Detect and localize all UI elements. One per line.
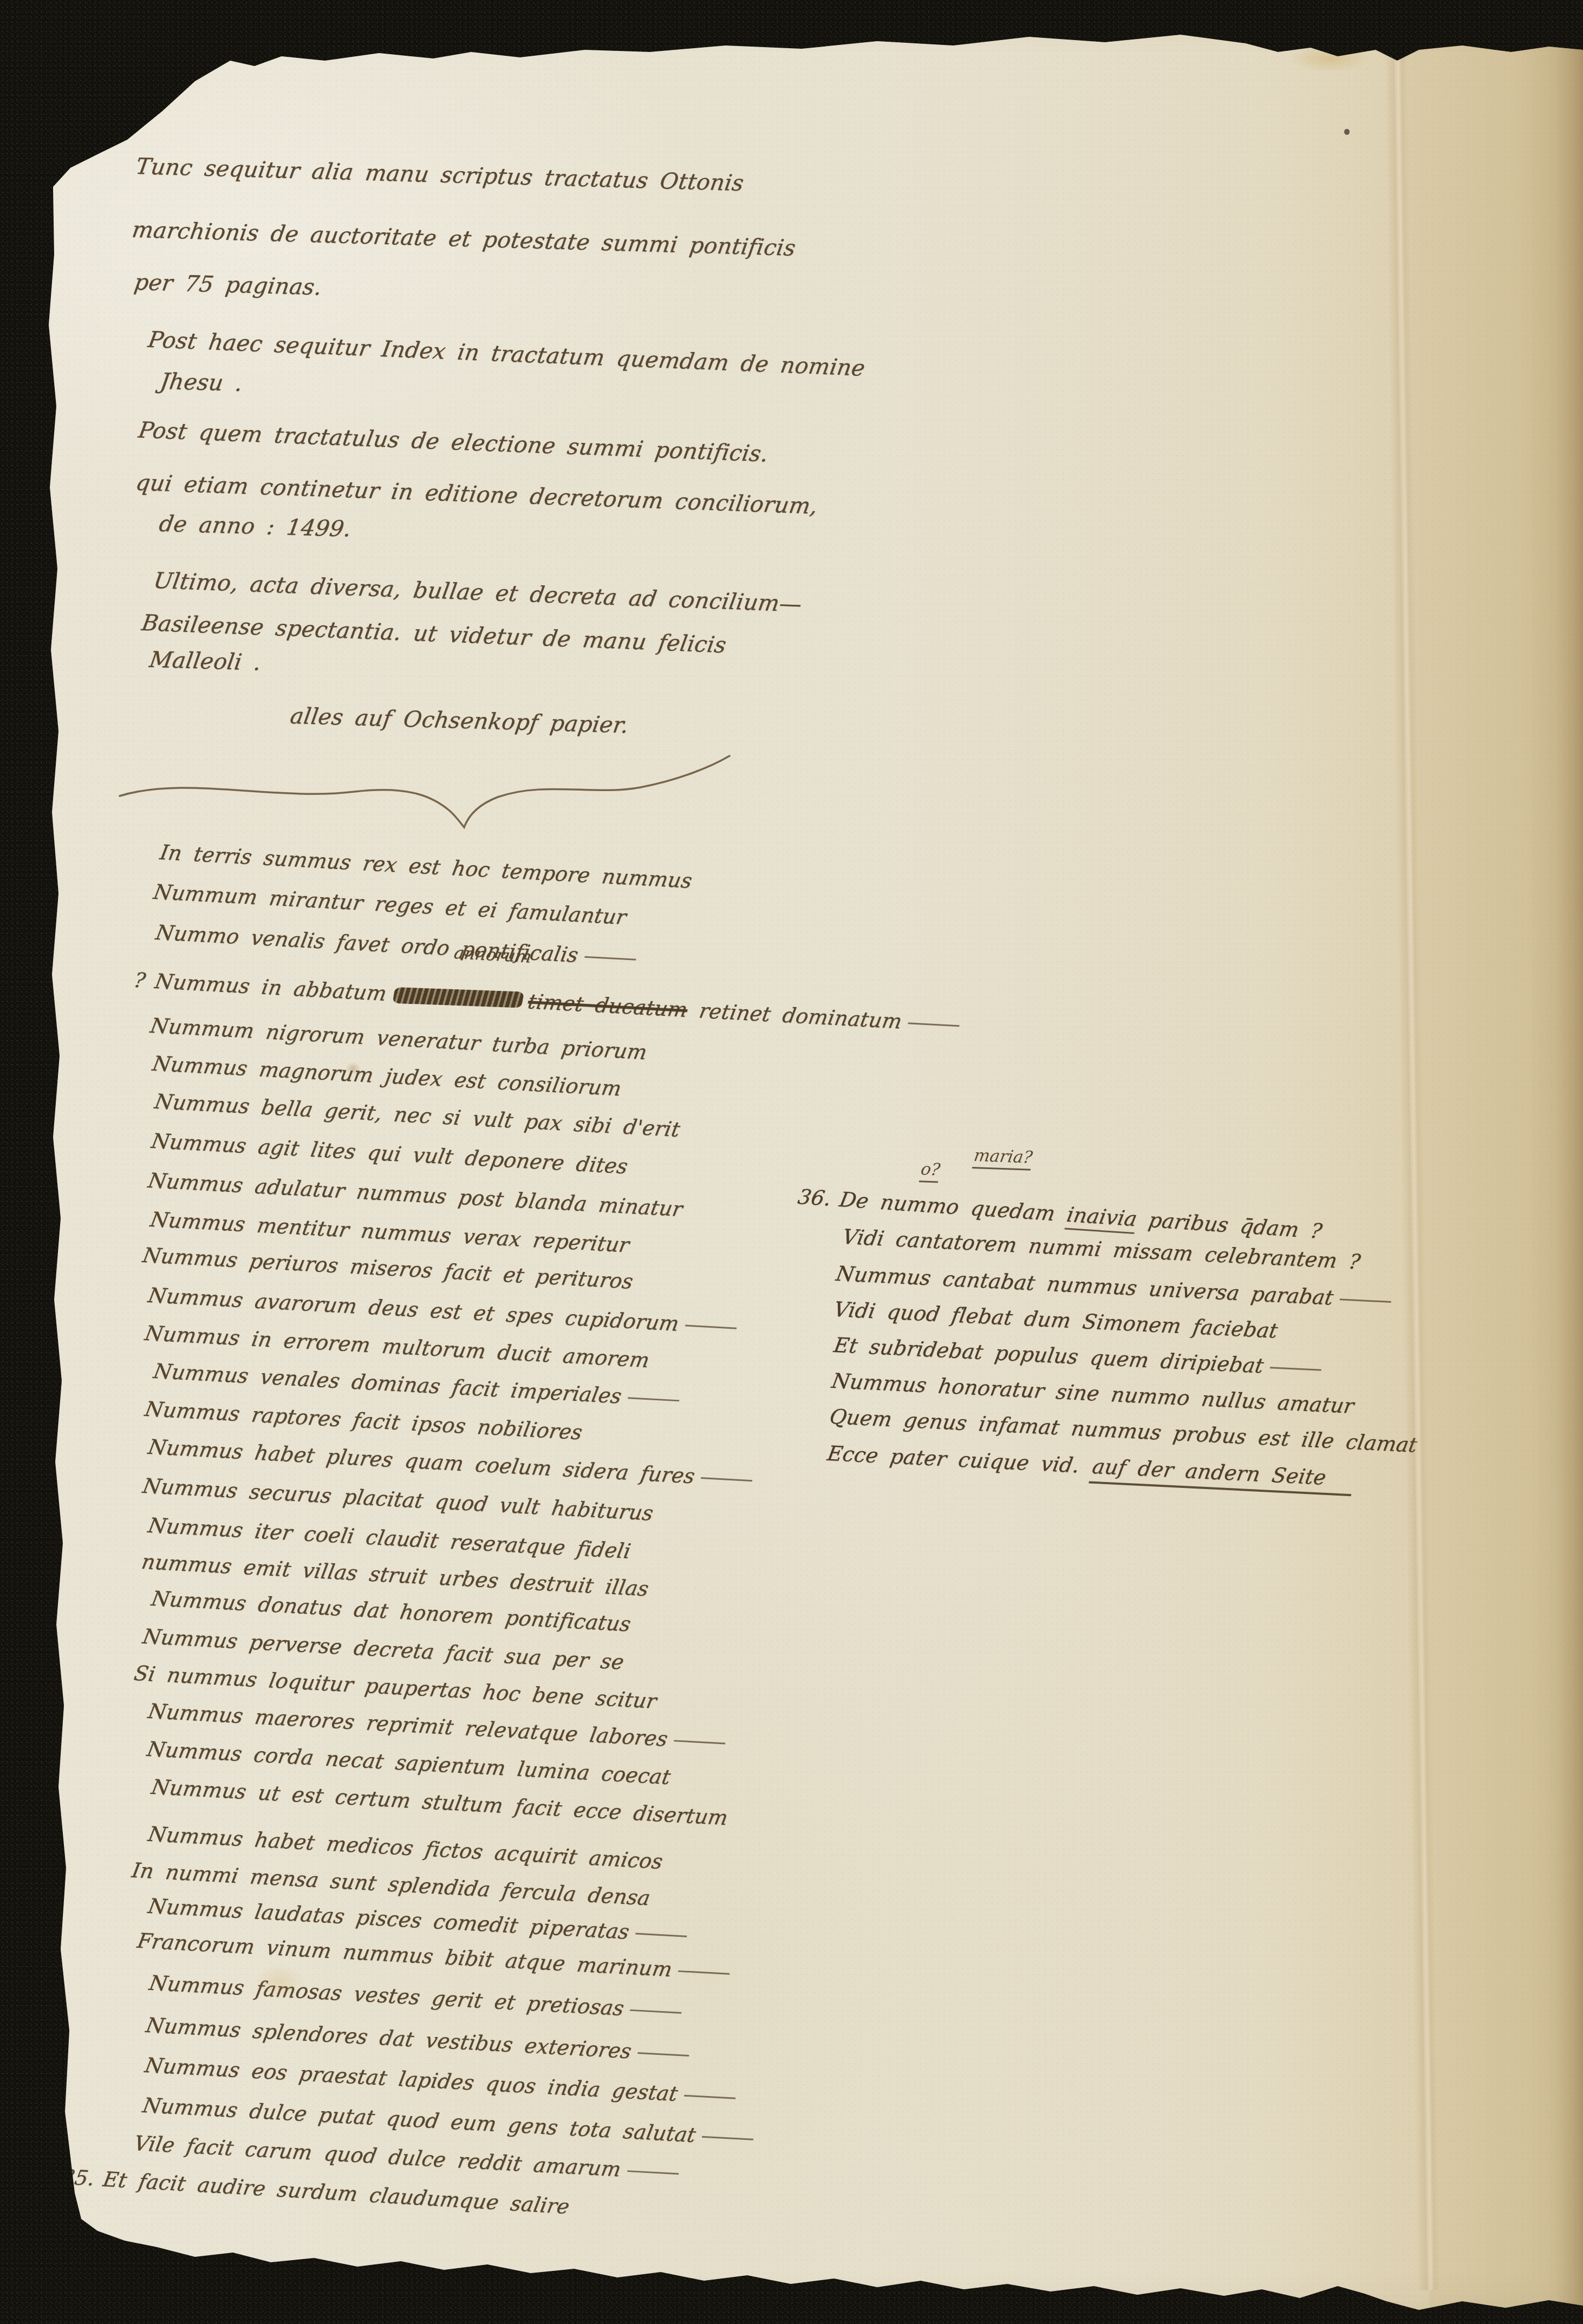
poem-line-text: Nummus in abbatum bbox=[153, 969, 389, 1006]
poem-line: Nummus famosas vestes gerit et pretiosas bbox=[147, 1971, 684, 2023]
heading-text: De nummo quedam bbox=[838, 1187, 1058, 1225]
verse36-text: Ecce pater cuique bbox=[825, 1441, 1031, 1475]
verse36-reference-abbrev: vid. bbox=[1039, 1452, 1082, 1477]
manuscript-page: Tunc sequitur alia manu scriptus tractat… bbox=[0, 0, 1583, 2324]
paper-stain bbox=[1289, 44, 1370, 73]
manuscript-photo: Tunc sequitur alia manu scriptus tractat… bbox=[0, 0, 1583, 2324]
verse-number: 35. bbox=[60, 2165, 97, 2190]
heading-text: paribus q̄dam ? bbox=[1146, 1208, 1324, 1243]
poem-interlinear-insert: annorum bbox=[453, 943, 533, 967]
poem-line-question-mark: ? bbox=[132, 968, 147, 993]
note-line: qui etiam continetur in editione decreto… bbox=[134, 469, 819, 519]
poem-line: Nummus raptores facit ipsos nobiliores bbox=[143, 1397, 584, 1444]
poem-line: Nummo venalis favet ordo pontificalis bbox=[154, 921, 638, 970]
poem-line-text: Et facit audire surdum claudumque salire bbox=[101, 2168, 571, 2219]
flourish-divider bbox=[116, 754, 739, 832]
vertical-fold-crease bbox=[1384, 38, 1441, 2290]
verse-number: 36. bbox=[796, 1185, 833, 1211]
right-page-edge bbox=[1555, 0, 1583, 2324]
interlinear-note-maria: maria? bbox=[972, 1146, 1034, 1171]
note-line: Jhesu . bbox=[159, 368, 245, 396]
verse36-underlined-german-note: auf der andern Seite bbox=[1089, 1454, 1356, 1496]
paper-note-line: alles auf Ochsenkopf papier. bbox=[289, 703, 631, 738]
poem-line-text: retinet dominatum bbox=[698, 999, 962, 1037]
ink-fleck bbox=[1344, 129, 1350, 135]
poem-line: Nummus agit lites qui vult deponere dite… bbox=[149, 1129, 630, 1178]
note-line: Ultimo, acta diversa, bullae et decreta … bbox=[152, 567, 804, 617]
scribbled-out-word bbox=[393, 987, 524, 1008]
struck-words: timet ducatum bbox=[526, 989, 689, 1022]
note-line: per 75 paginas. bbox=[133, 269, 324, 300]
note-line: marchionis de auctoritate et potestate s… bbox=[131, 217, 798, 261]
note-line: Post quem tractatulus de electione summi… bbox=[136, 417, 770, 467]
note-line: de anno : 1499. bbox=[158, 511, 353, 542]
note-line: Tunc sequitur alia manu scriptus tractat… bbox=[134, 153, 746, 196]
folded-panel-tint bbox=[1395, 0, 1583, 2324]
note-line: Post haec sequitur Index in tractatum qu… bbox=[146, 327, 867, 381]
poem-line: Nummum mirantur reges et ei famulantur bbox=[152, 880, 628, 929]
heading-underlined-word: inaivia bbox=[1064, 1203, 1139, 1234]
interlinear-note-o: o? bbox=[919, 1159, 942, 1183]
note-line: Malleoli . bbox=[148, 647, 263, 676]
